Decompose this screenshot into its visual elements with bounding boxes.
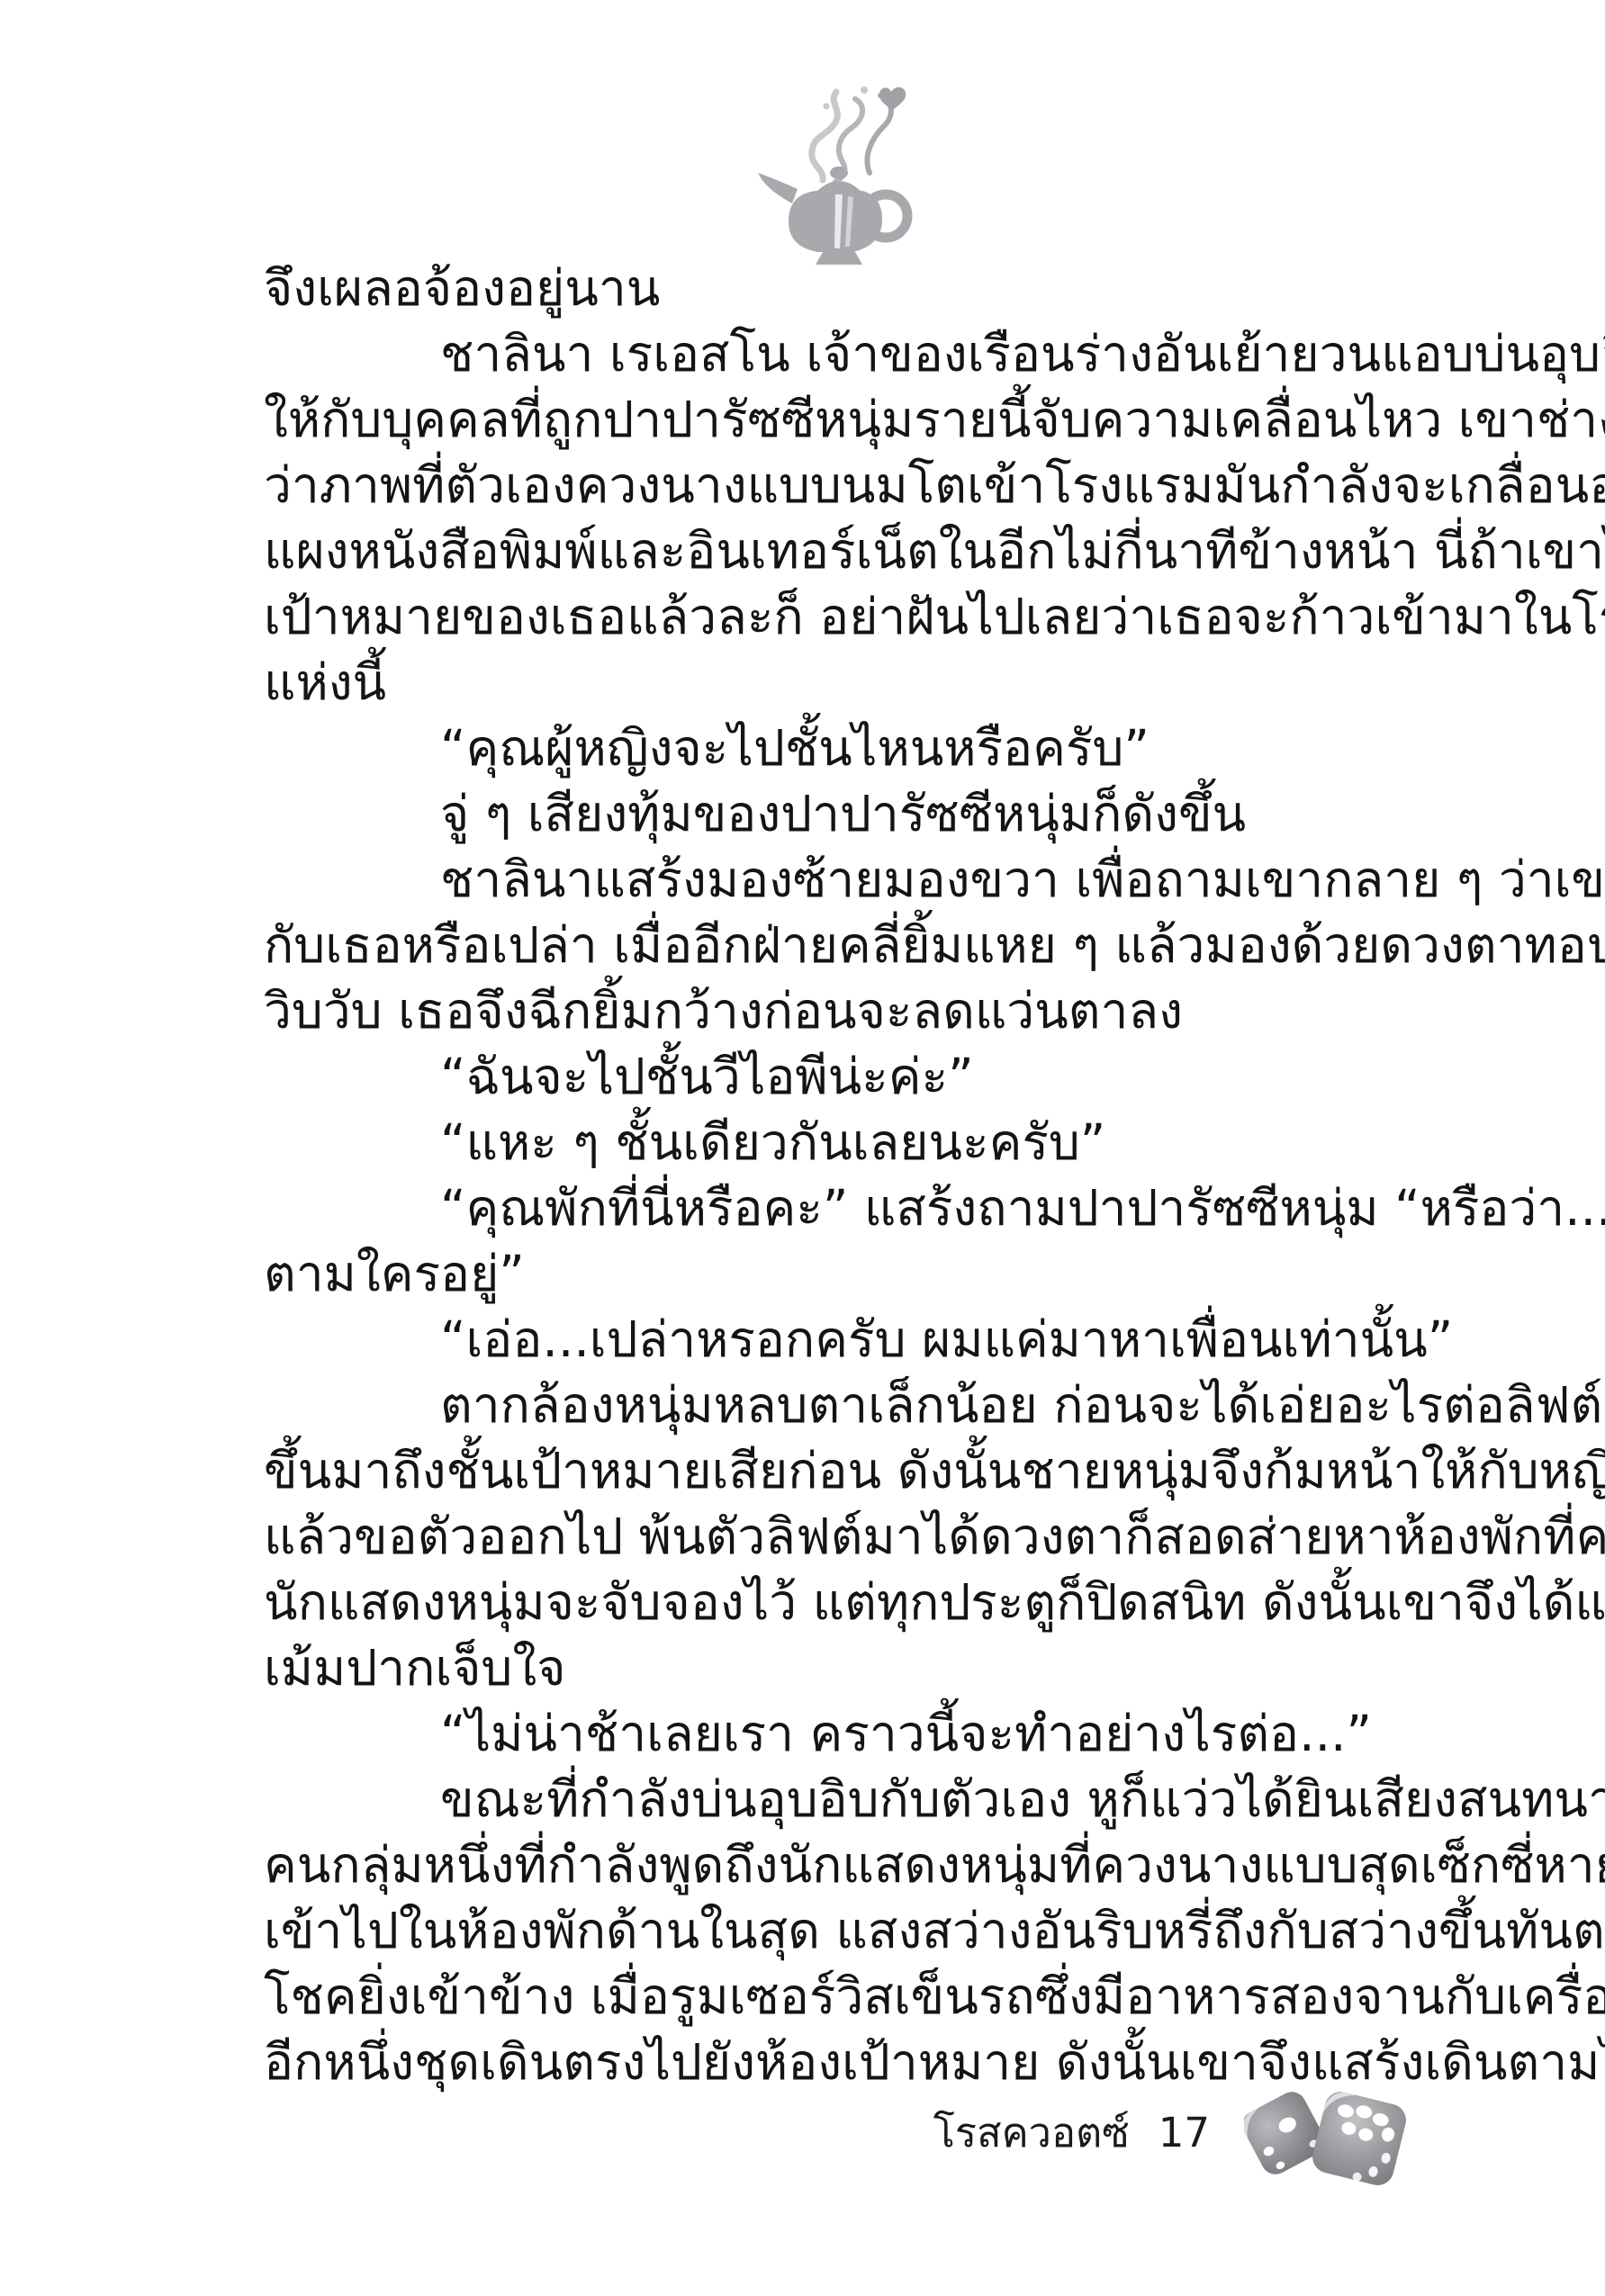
text-line: โชคยิ่งเข้าข้าง เมื่อรูมเซอร์วิสเข็นรถซึ… [264,1964,1447,2030]
text-line: ขณะที่กำลังบ่นอุบอิบกับตัวเอง หูก็แว่วได… [264,1767,1447,1832]
text-line: ชาลินาแสร้งมองซ้ายมองขวา เพื่อถามเขากลาย… [264,847,1447,913]
text-line: เป้าหมายของเธอแล้วละก็ อย่าฝันไปเลยว่าเธ… [264,584,1447,650]
text-line: “ฉันจะไปชั้นวีไอพีน่ะค่ะ” [264,1044,1447,1110]
text-line: ชาลินา เรเอสโน เจ้าของเรือนร่างอันเย้ายว… [264,321,1447,387]
text-line: “คุณผู้หญิงจะไปชั้นไหนหรือครับ” [264,716,1447,781]
teapot-steam-icon [749,79,929,270]
book-title: โรสควอตซ์ [933,2100,1130,2165]
page-footer: โรสควอตซ์ 17 [933,2077,1420,2203]
text-line: กับเธอหรือเปล่า เมื่ออีกฝ่ายคลี่ยิ้มแหย … [264,913,1447,978]
body-text: จึงเผลอจ้องอยู่นาน ชาลินา เรเอสโน เจ้าขอ… [264,256,1447,2095]
text-line: แล้วขอตัวออกไป พ้นตัวลิฟต์มาได้ดวงตาก็สอ… [264,1504,1447,1570]
text-line: ให้กับบุคคลที่ถูกปาปารัซซีหนุ่มรายนี้จับ… [264,387,1447,453]
text-line: “เอ่อ...เปล่าหรอกครับ ผมแค่มาหาเพื่อนเท่… [264,1307,1447,1373]
text-line: “ไม่น่าช้าเลยเรา คราวนี้จะทำอย่างไรต่อ..… [264,1701,1447,1767]
text-line: จู่ ๆ เสียงทุ้มของปาปารัซซีหนุ่มก็ดังขึ้… [264,781,1447,847]
book-page: จึงเผลอจ้องอยู่นาน ชาลินา เรเอสโน เจ้าขอ… [0,0,1605,2296]
text-line: ตากล้องหนุ่มหลบตาเล็กน้อย ก่อนจะได้เอ่ยอ… [264,1373,1447,1438]
text-line: วิบวับ เธอจึงฉีกยิ้มกว้างก่อนจะลดแว่นตาล… [264,978,1447,1044]
dice-icon [1244,2077,1420,2203]
text-line: เข้าไปในห้องพักด้านในสุด แสงสว่างอันริบห… [264,1898,1447,1964]
text-line: คนกลุ่มหนึ่งที่กำลังพูดถึงนักแสดงหนุ่มที… [264,1832,1447,1898]
text-line: นักแสดงหนุ่มจะจับจองไว้ แต่ทุกประตูก็ปิด… [264,1570,1447,1635]
text-line: “แหะ ๆ ชั้นเดียวกันเลยนะครับ” [264,1110,1447,1175]
text-line: แผงหนังสือพิมพ์และอินเทอร์เน็ตในอีกไม่กี… [264,518,1447,584]
page-number: 17 [1159,2109,1210,2156]
text-line: “คุณพักที่นี่หรือคะ” แสร้งถามปาปารัซซีหน… [264,1175,1447,1241]
text-line: แห่งนี้ [264,650,1447,716]
text-line: ว่าภาพที่ตัวเองควงนางแบบนมโตเข้าโรงแรมมั… [264,453,1447,518]
text-line: จึงเผลอจ้องอยู่นาน [264,256,1447,321]
text-line: ตามใครอยู่” [264,1241,1447,1307]
text-line: เม้มปากเจ็บใจ [264,1635,1447,1701]
text-line: ขึ้นมาถึงชั้นเป้าหมายเสียก่อน ดังนั้นชาย… [264,1438,1447,1504]
